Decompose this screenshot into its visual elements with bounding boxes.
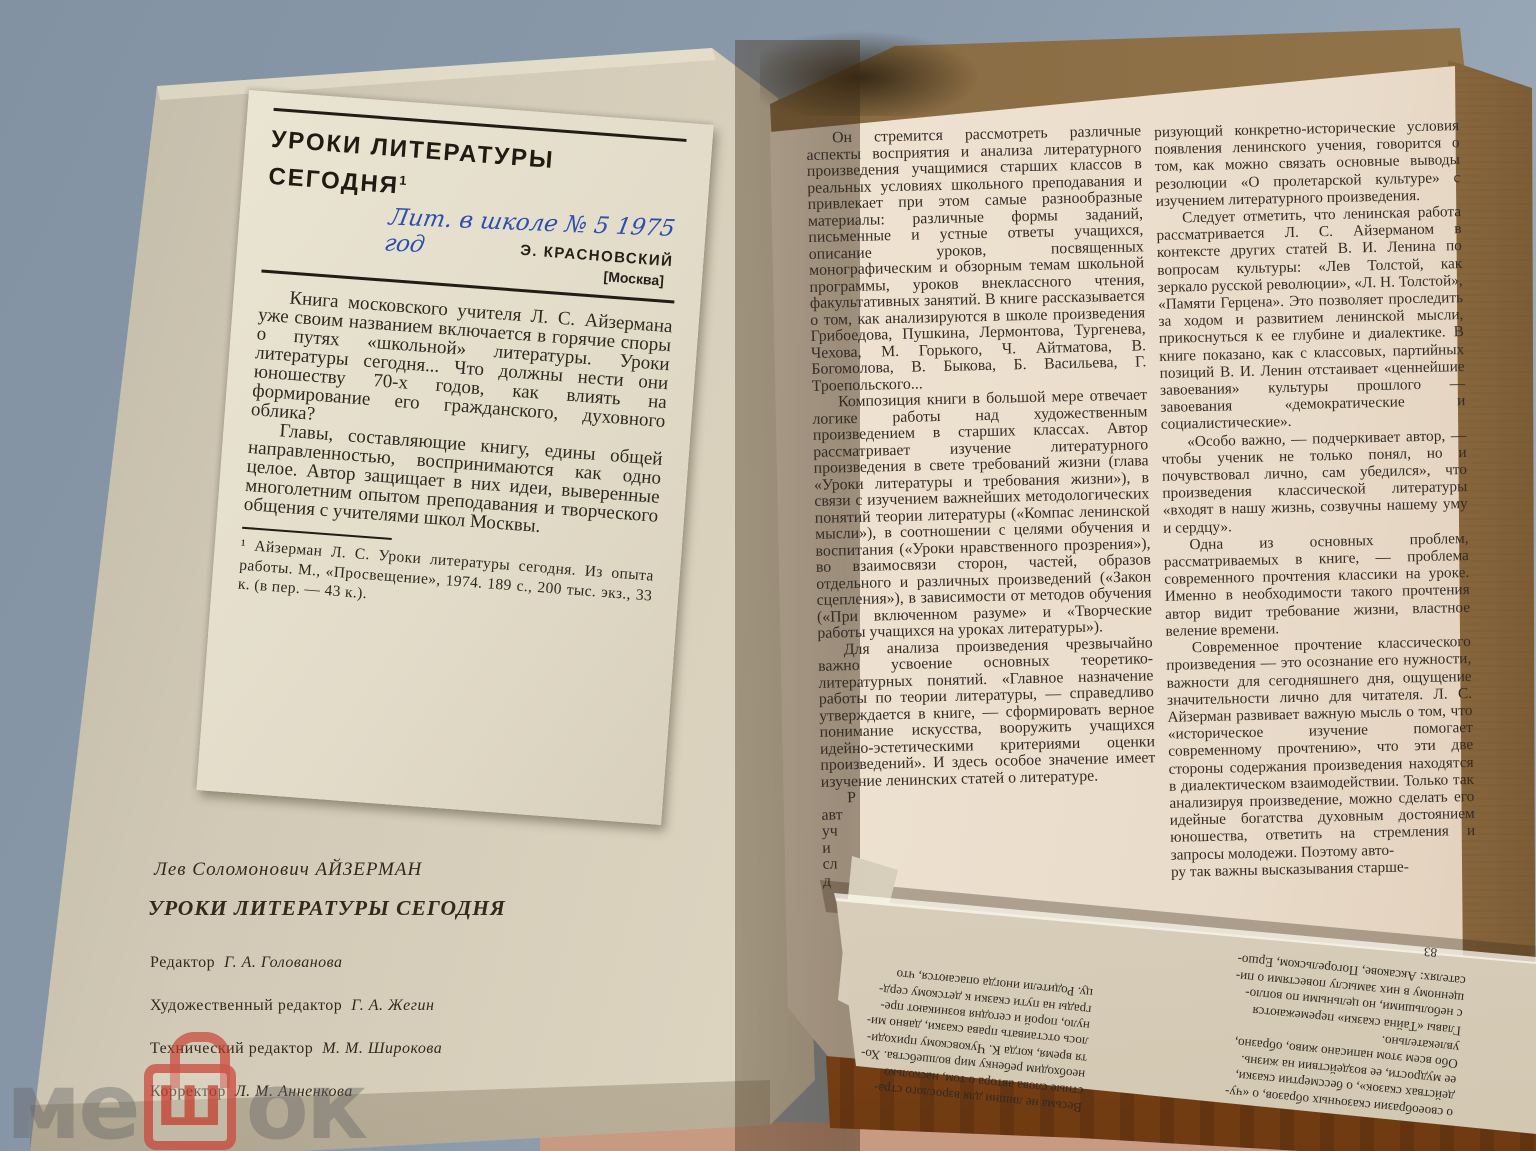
column1-paragraphs: Он стремится рассмотреть различные аспек… [806,123,1156,790]
clipping-footnote-mark: 1 [399,173,407,189]
credit-line: Художественный редактор Г. А. Жегин [150,996,688,1016]
book-author: Лев Соломонович АЙЗЕРМАН [154,858,688,882]
printed-paragraph: Для анализа произведения чрезвычайно важ… [818,635,1156,791]
printed-paragraph: Современное прочтение классического прои… [1166,633,1476,864]
credit-line: Редактор Г. А. Голованова [150,953,688,973]
shopping-bag-icon: Ш [144,1046,240,1150]
folded-text-right: о своеобразии сказочных образов, о «чу-д… [1154,944,1467,1121]
column2-paragraphs: ризующий конкретно-исторические условия … [1154,117,1476,863]
book-photo: УРОКИ ЛИТЕРАТУРЫ СЕГОДНЯ1 Лит. в школе №… [0,0,1536,1151]
folded-text-left: Весьма не лишни для взрослого стра-стные… [820,960,1093,1116]
printed-paragraph: Следует отметить, что ленинская работа р… [1156,203,1466,434]
watermark-bag-letter: Ш [156,1080,223,1134]
clipping-body: Книга московского учителя Л. С. Айзерман… [243,286,673,544]
column-2: ризующий конкретно-исторические условия … [1154,117,1476,881]
watermark: ме Ш ок [6,1046,365,1150]
bag-body-icon: Ш [144,1064,236,1150]
column-1: Он стремится рассмотреть различные аспек… [806,123,1158,889]
watermark-text-suffix: ок [246,1063,366,1150]
clipping-title-line2: СЕГОДНЯ [268,163,400,200]
printed-paragraph: Одна из основных проблем, рассматриваемы… [1163,530,1470,640]
watermark-text-prefix: ме [6,1063,138,1150]
book-title: УРОКИ ЛИТЕРАТУРЫ СЕГОДНЯ [148,895,688,921]
printed-paragraph: «Особо важно, — подчеркивает автор, — чт… [1161,427,1468,537]
clipping-footnote: ¹ Айзерман Л. С. Уроки литературы сегодн… [237,536,654,625]
review-clipping: УРОКИ ЛИТЕРАТУРЫ СЕГОДНЯ1 Лит. в школе №… [196,90,713,825]
page-number: 83 [1423,943,1437,960]
printed-paragraph: Композиция книги в большой мере отвечает… [812,387,1153,642]
printed-paragraph: Он стремится рассмотреть различные аспек… [806,123,1147,395]
printed-paragraph: ризующий конкретно-исторические условия … [1154,117,1461,210]
